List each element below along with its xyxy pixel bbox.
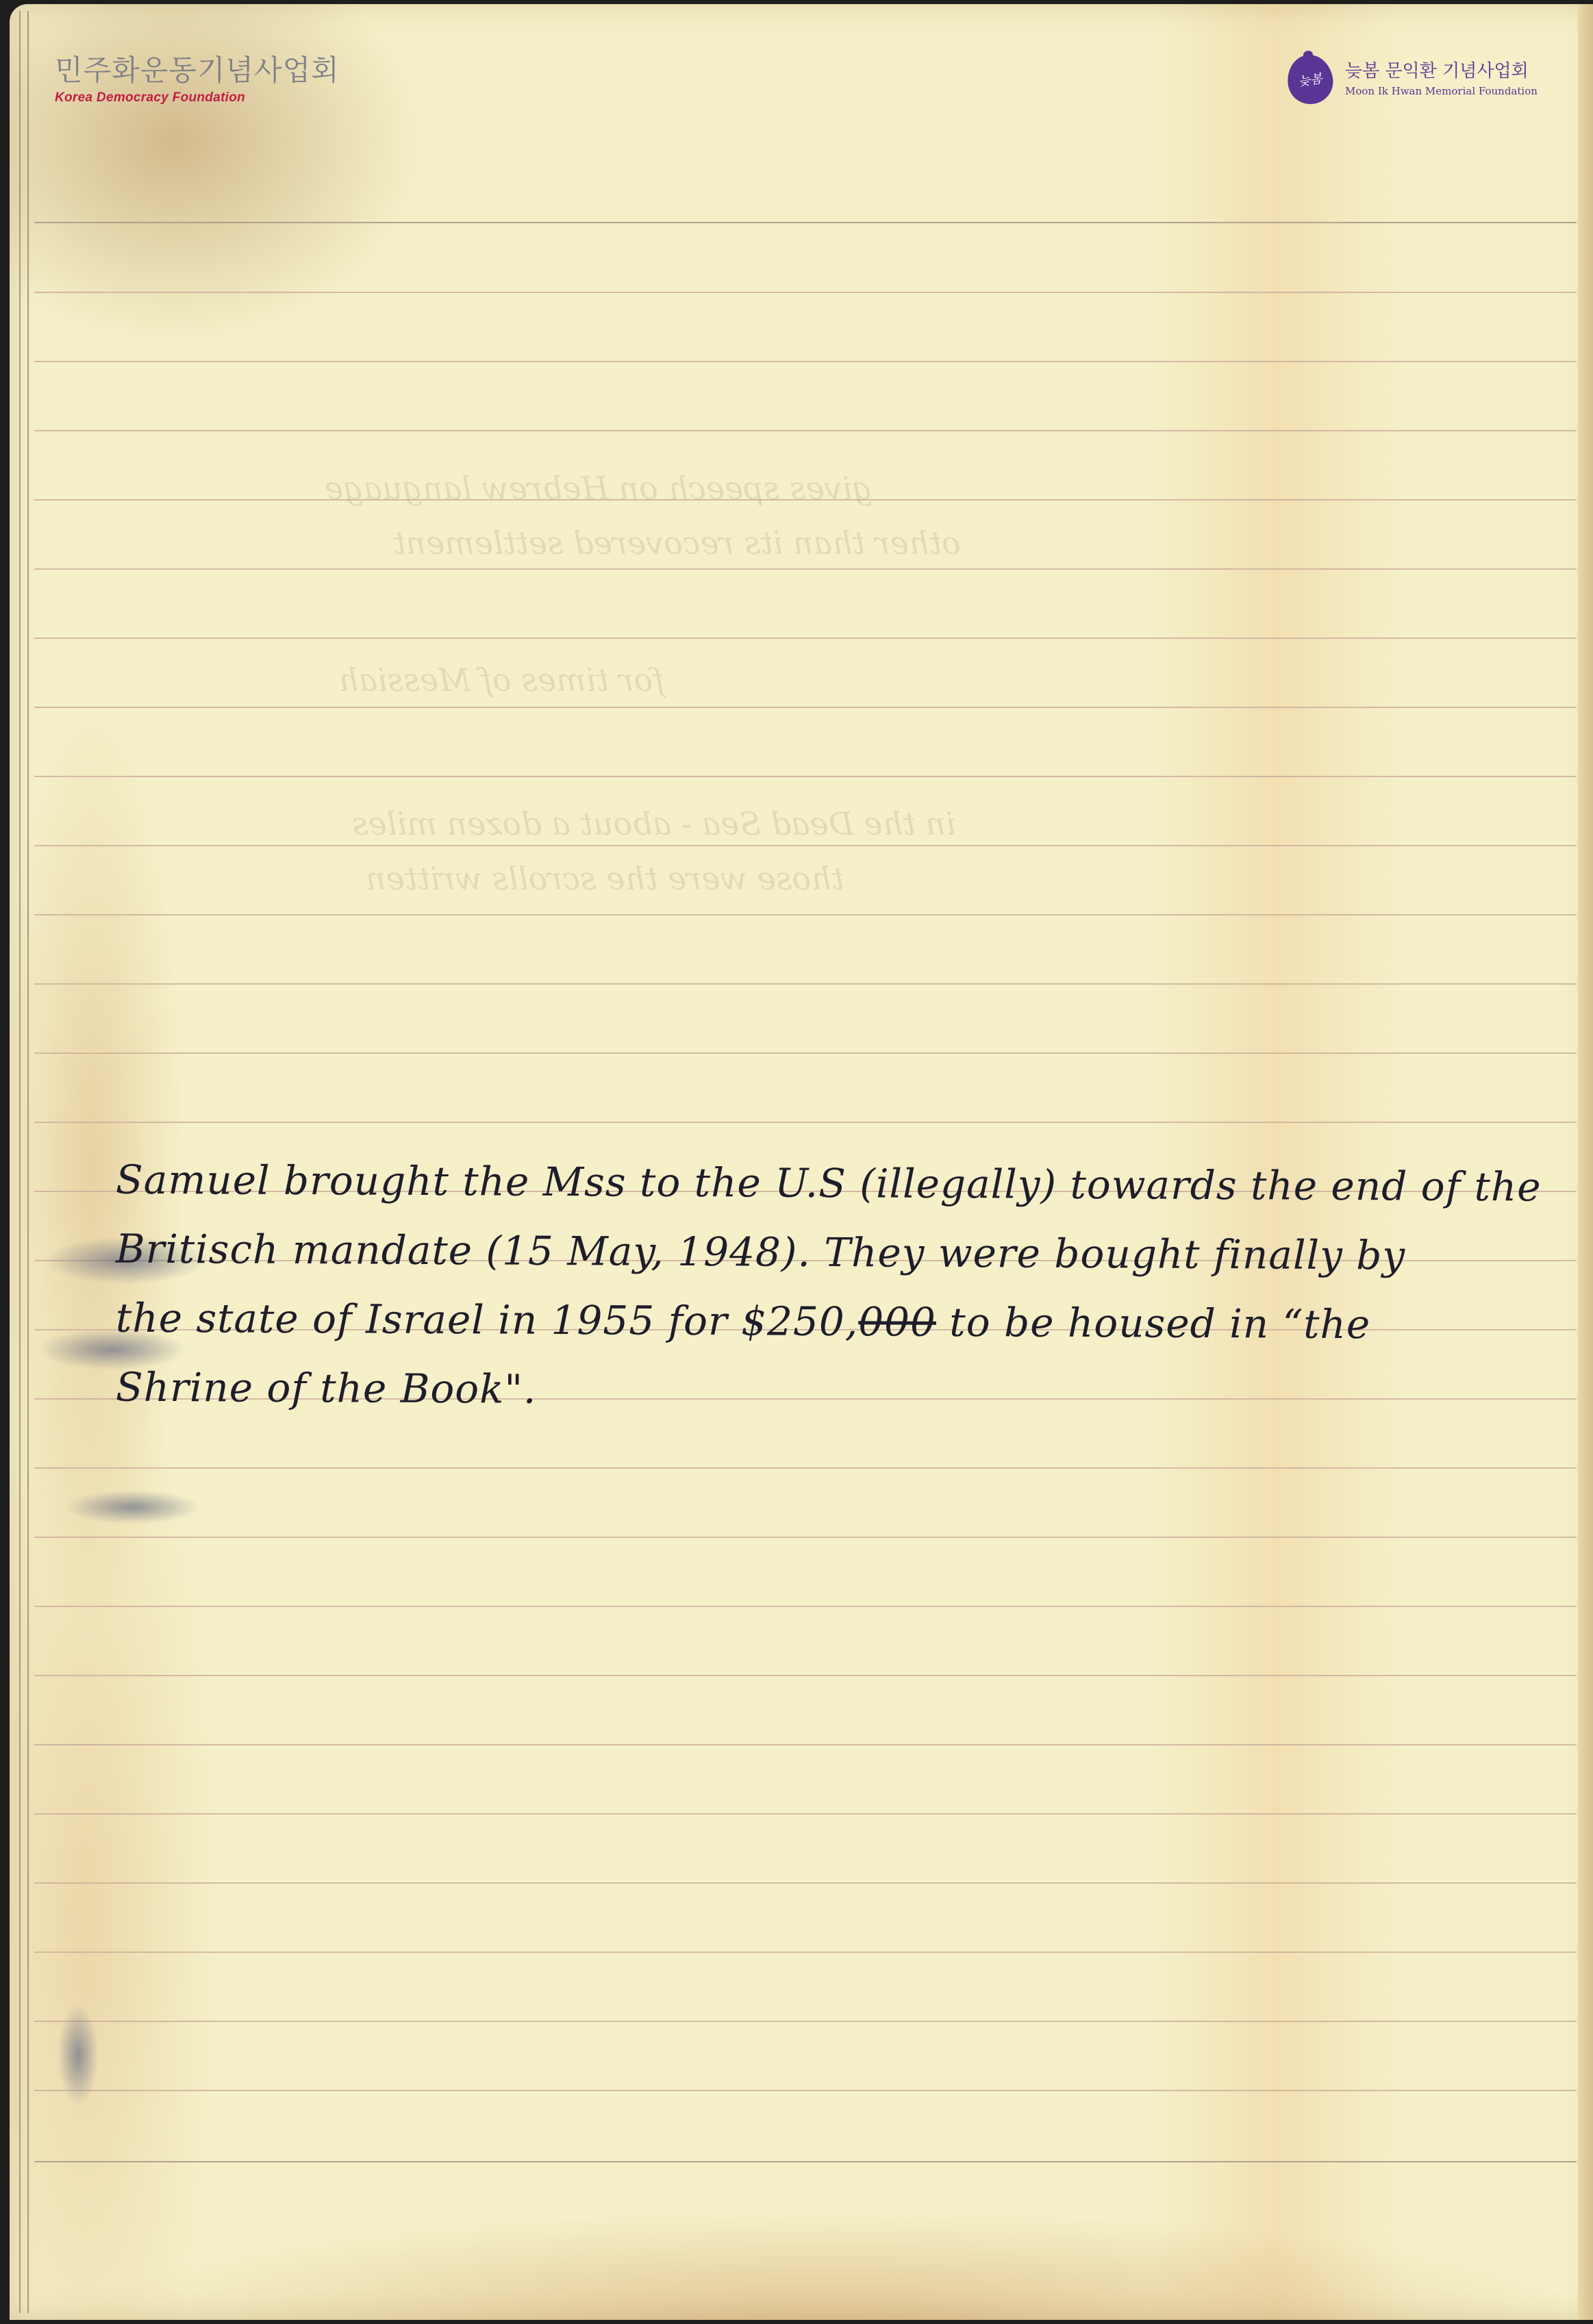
handwritten-note: Samuel brought the Mss to the U.S (illeg… bbox=[116, 1149, 1520, 1426]
ruled-line bbox=[34, 1882, 1577, 1884]
ruled-line bbox=[34, 361, 1577, 362]
ruled-line bbox=[34, 222, 1577, 223]
ruled-line bbox=[34, 845, 1577, 846]
ruled-line bbox=[34, 2161, 1577, 2162]
ruled-line bbox=[34, 1606, 1577, 1607]
bleed-through-text: other than its recovered settlement bbox=[393, 525, 961, 561]
handwritten-line-2: Britisch mandate (15 May, 1948). They we… bbox=[116, 1215, 1520, 1291]
ruled-line bbox=[34, 776, 1577, 777]
binding-edge-line bbox=[19, 11, 21, 2313]
ruled-line bbox=[34, 1952, 1577, 1953]
ruled-line bbox=[34, 2021, 1577, 2022]
ruled-line bbox=[34, 637, 1577, 639]
emblem-text: 늦봄 bbox=[1297, 69, 1323, 90]
neutbom-emblem-icon: 늦봄 bbox=[1284, 52, 1335, 107]
margin-line bbox=[27, 11, 29, 2313]
handwritten-line-3: the state of Israel in 1955 for $250,000… bbox=[116, 1284, 1520, 1361]
handwritten-line-4: Shrine of the Book". bbox=[116, 1353, 1520, 1430]
ruled-line bbox=[34, 1122, 1577, 1123]
ruled-line bbox=[34, 1467, 1577, 1469]
struck-out-zeros: 000 bbox=[858, 1298, 936, 1346]
ink-smudge bbox=[58, 2004, 99, 2106]
notebook-page: gives speech on Hebrew language other th… bbox=[10, 4, 1593, 2320]
moon-ik-hwan-foundation-logo: 늦봄 늦봄 문익환 기념사업회 Moon Ik Hwan Memorial Fo… bbox=[1288, 55, 1538, 104]
mih-korean-name: 늦봄 문익환 기념사업회 bbox=[1345, 62, 1538, 81]
bleed-through-text: in the Dead Sea - about a dozen miles bbox=[352, 805, 956, 842]
page-right-edge bbox=[1578, 4, 1593, 2320]
kdf-korean-name: 민주화운동기념사업회 bbox=[55, 56, 340, 85]
ruled-line bbox=[34, 914, 1577, 915]
ink-smudge bbox=[64, 1490, 201, 1524]
ruled-line bbox=[34, 292, 1577, 293]
korea-democracy-foundation-logo: 민주화운동기념사업회 Korea Democracy Foundation bbox=[55, 56, 340, 105]
kdf-english-name: Korea Democracy Foundation bbox=[55, 90, 340, 105]
ruled-line bbox=[34, 1813, 1577, 1815]
handwritten-line-1: Samuel brought the Mss to the U.S (illeg… bbox=[116, 1146, 1520, 1222]
bleed-through-text: those were the scrolls written bbox=[366, 860, 844, 897]
line-3-end: to be housed in “the bbox=[936, 1299, 1371, 1348]
mih-english-name: Moon Ik Hwan Memorial Foundation bbox=[1345, 85, 1538, 97]
ruled-line bbox=[34, 1052, 1577, 1054]
ruled-line bbox=[34, 1675, 1577, 1676]
ruled-line bbox=[34, 1537, 1577, 1538]
bleed-through-text: for times of Messiah bbox=[338, 661, 664, 698]
ruled-line bbox=[34, 430, 1577, 431]
ruled-line bbox=[34, 983, 1577, 985]
bleed-through-text: gives speech on Hebrew language bbox=[325, 470, 873, 507]
ruled-line bbox=[34, 1744, 1577, 1745]
line-3-start: the state of Israel in 1955 for $250, bbox=[116, 1295, 859, 1346]
ruled-line bbox=[34, 707, 1577, 708]
ruled-line bbox=[34, 568, 1577, 570]
ruled-line bbox=[34, 2090, 1577, 2091]
